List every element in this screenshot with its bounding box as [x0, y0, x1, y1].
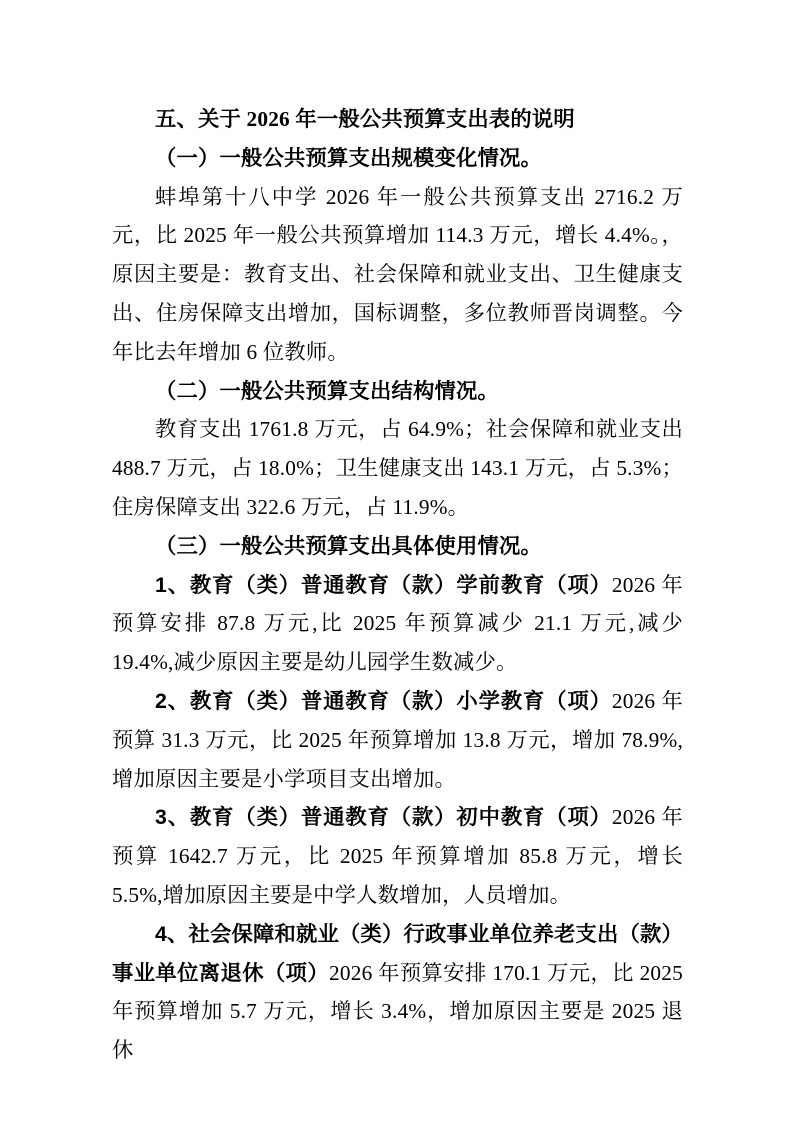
main-heading: 五、关于 2026 年一般公共预算支出表的说明	[112, 100, 683, 139]
budget-item-3: 3、教育（类）普通教育（款）初中教育（项）2026 年预算 1642.7 万元，…	[112, 798, 683, 914]
document-content: 五、关于 2026 年一般公共预算支出表的说明 （一）一般公共预算支出规模变化情…	[112, 100, 683, 1070]
section1-heading: （一）一般公共预算支出规模变化情况。	[112, 139, 683, 178]
budget-item-2: 2、教育（类）普通教育（款）小学教育（项）2026 年预算 31.3 万元，比 …	[112, 682, 683, 798]
section2-paragraph: 教育支出 1761.8 万元，占 64.9%；社会保障和就业支出 488.7 万…	[112, 410, 683, 526]
budget-item-1-lead: 1、教育（类）普通教育（款）学前教育（项）	[155, 573, 612, 597]
budget-item-3-lead: 3、教育（类）普通教育（款）初中教育（项）	[155, 805, 612, 829]
section3-heading: （三）一般公共预算支出具体使用情况。	[112, 527, 683, 566]
budget-item-1: 1、教育（类）普通教育（款）学前教育（项）2026 年预算安排 87.8 万元,…	[112, 566, 683, 682]
budget-item-2-lead: 2、教育（类）普通教育（款）小学教育（项）	[155, 689, 612, 713]
document-page: 五、关于 2026 年一般公共预算支出表的说明 （一）一般公共预算支出规模变化情…	[0, 0, 793, 1122]
section1-paragraph: 蚌埠第十八中学 2026 年一般公共预算支出 2716.2 万元，比 2025 …	[112, 178, 683, 372]
section2-heading: （二）一般公共预算支出结构情况。	[112, 372, 683, 411]
budget-item-4: 4、社会保障和就业（类）行政事业单位养老支出（款）事业单位离退休（项）2026 …	[112, 915, 683, 1070]
